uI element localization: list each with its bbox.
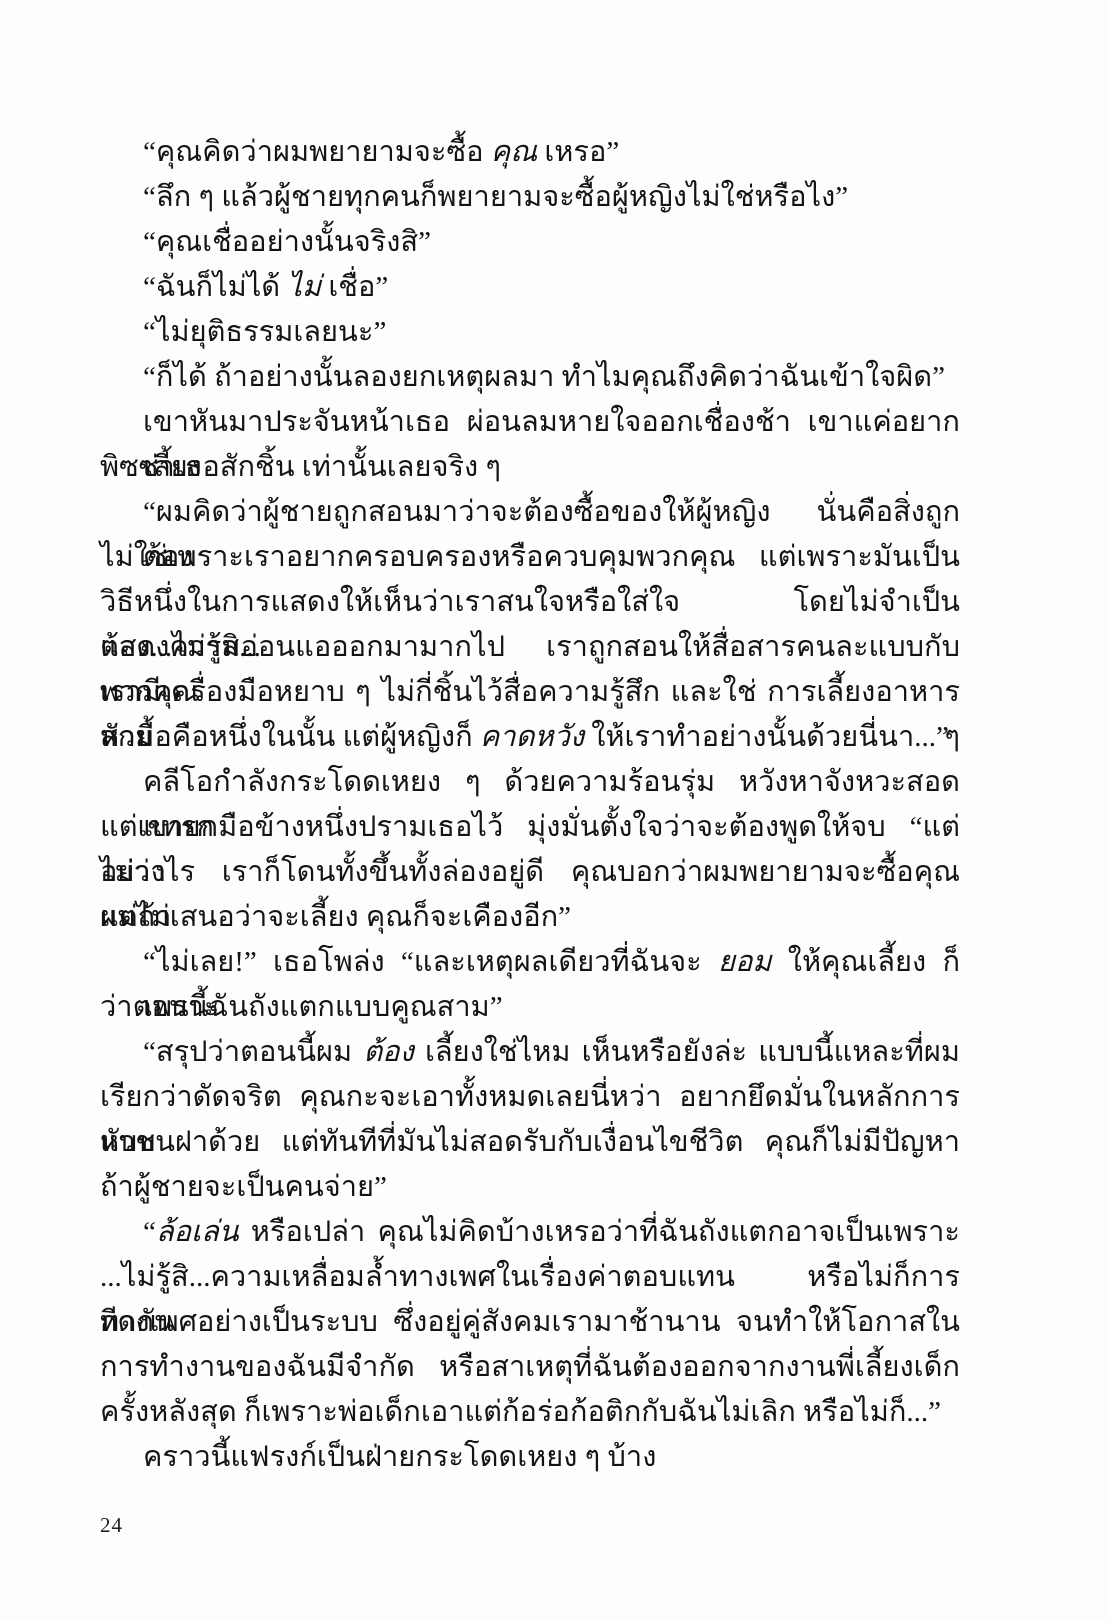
italic-text: คาดหวัง <box>480 721 584 753</box>
text-segment: คราวนี้แฟรงก์เป็นฝ่ายกระโดดเหยง ๆ บ้าง <box>143 1441 656 1473</box>
paragraph: “ผมคิดว่าผู้ชายถูกสอนมาว่าจะต้องซื้อของใ… <box>100 490 960 760</box>
text-segment: “ไม่ยุติธรรมเลยนะ” <box>143 316 386 348</box>
text-segment: “ก็ได้ ถ้าอย่างนั้นลองยกเหตุผลมา ทำไมคุณ… <box>143 361 945 393</box>
text-line: “ล้อเล่น หรือเปล่า คุณไม่คิดบ้างเหรอว่าท… <box>100 1210 960 1255</box>
text-line: คลีโอกำลังกระโดดเหยง ๆ ด้วยความร้อนรุ่ม … <box>100 760 960 805</box>
italic-text: ล้อเล่น <box>156 1216 239 1248</box>
text-line: อย่างไร เราก็โดนทั้งขึ้นทั้งล่องอยู่ดี ค… <box>100 850 960 895</box>
text-segment: เชื่อ” <box>321 271 388 303</box>
paragraph: “ล้อเล่น หรือเปล่า คุณไม่คิดบ้างเหรอว่าท… <box>100 1210 960 1435</box>
text-line: ถ้าผู้ชายจะเป็นคนจ่าย” <box>100 1165 960 1210</box>
paragraph: “สรุปว่าตอนนี้ผม ต้อง เลี้ยงใช่ไหม เห็นห… <box>100 1030 960 1210</box>
paragraph: “คุณคิดว่าผมพยายามจะซื้อ คุณ เหรอ” <box>100 130 960 175</box>
text-line: ครั้งหลังสุด ก็เพราะพ่อเด็กเอาแต่ก้อร่อก… <box>100 1390 960 1435</box>
text-line: “คุณเชื่ออย่างนั้นจริงสิ” <box>100 220 960 265</box>
text-line: “ผมคิดว่าผู้ชายถูกสอนมาว่าจะต้องซื้อของใ… <box>100 490 960 535</box>
text-line: “ฉันก็ไม่ได้ ไม่ เชื่อ” <box>100 265 960 310</box>
text-line: พิซซ่าเธอสักชิ้น เท่านั้นเลยจริง ๆ <box>100 445 960 490</box>
italic-text: ต้อง <box>363 1036 413 1068</box>
paragraph: เขาหันมาประจันหน้าเธอ ผ่อนลมหายใจออกเชื่… <box>100 400 960 490</box>
text-line: ทางเพศอย่างเป็นระบบ ซึ่งอยู่คู่สังคมเราม… <box>100 1300 960 1345</box>
italic-text: ไม่ <box>287 271 321 303</box>
paragraph: “ฉันก็ไม่ได้ ไม่ เชื่อ” <box>100 265 960 310</box>
text-line: “ก็ได้ ถ้าอย่างนั้นลองยกเหตุผลมา ทำไมคุณ… <box>100 355 960 400</box>
text-segment: ถ้าผู้ชายจะเป็นคนจ่าย” <box>100 1171 387 1203</box>
text-line: ว่าตอนนี้ฉันถังแตกแบบคูณสาม” <box>100 985 960 1030</box>
paragraph: คลีโอกำลังกระโดดเหยง ๆ ด้วยความร้อนรุ่ม … <box>100 760 960 940</box>
text-line: “ไม่เลย!” เธอโพล่ง “และเหตุผลเดียวที่ฉัน… <box>100 940 960 985</box>
text-segment: “สรุปว่าตอนนี้ผม <box>143 1036 363 1068</box>
page-text: “คุณคิดว่าผมพยายามจะซื้อ คุณ เหรอ”“ลึก ๆ… <box>100 130 960 1480</box>
text-segment: ครั้งหลังสุด ก็เพราะพ่อเด็กเอาแต่ก้อร่อก… <box>100 1396 941 1428</box>
text-segment: หรือเปล่า คุณไม่คิดบ้างเหรอว่าที่ฉันถังแ… <box>239 1216 960 1248</box>
text-line: วิธีหนึ่งในการแสดงให้เห็นว่าเราสนใจหรือใ… <box>100 580 960 625</box>
italic-text: คุณ <box>491 136 537 168</box>
book-page: “คุณคิดว่าผมพยายามจะซื้อ คุณ เหรอ”“ลึก ๆ… <box>0 0 1109 1621</box>
text-line: คราวนี้แฟรงก์เป็นฝ่ายกระโดดเหยง ๆ บ้าง <box>100 1435 960 1480</box>
text-line: “ไม่ยุติธรรมเลยนะ” <box>100 310 960 355</box>
text-line: “คุณคิดว่าผมพยายามจะซื้อ คุณ เหรอ” <box>100 130 960 175</box>
text-line: สักมื้อคือหนึ่งในนั้น แต่ผู้หญิงก็ คาดหว… <box>100 715 960 760</box>
paragraph: “ก็ได้ ถ้าอย่างนั้นลองยกเหตุผลมา ทำไมคุณ… <box>100 355 960 400</box>
text-line: การทำงานของฉันมีจำกัด หรือสาเหตุที่ฉันต้… <box>100 1345 960 1390</box>
text-segment: “ฉันก็ไม่ได้ <box>143 271 287 303</box>
text-segment: “คุณเชื่ออย่างนั้นจริงสิ” <box>143 226 431 258</box>
paragraph: “คุณเชื่ออย่างนั้นจริงสิ” <box>100 220 960 265</box>
text-line: แสดงความอ่อนแอออกมามากไป เราถูกสอนให้สื่… <box>100 625 960 670</box>
text-segment: เลี้ยงใช่ไหม เห็นหรือยังล่ะ แบบนี้แหละที… <box>414 1036 960 1068</box>
italic-text: ยอม <box>718 946 772 978</box>
text-segment: พิซซ่าเธอสักชิ้น เท่านั้นเลยจริง ๆ <box>100 451 501 483</box>
text-segment: “คุณคิดว่าผมพยายามจะซื้อ <box>143 136 491 168</box>
text-segment: ทางเพศอย่างเป็นระบบ ซึ่งอยู่คู่สังคมเราม… <box>100 1306 960 1338</box>
text-segment: ให้เราทำอย่างนั้นด้วยนี่นา...” <box>584 721 949 753</box>
text-line: เรียกว่าดัดจริต คุณกะจะเอาทั้งหมดเลยนี่ห… <box>100 1075 960 1120</box>
text-line: ผมไม่เสนอว่าจะเลี้ยง คุณก็จะเคืองอีก” <box>100 895 960 940</box>
text-line: เขาหันมาประจันหน้าเธอ ผ่อนลมหายใจออกเชื่… <box>100 400 960 445</box>
text-segment: ว่าตอนนี้ฉันถังแตกแบบคูณสาม” <box>100 991 503 1023</box>
paragraph: “ไม่เลย!” เธอโพล่ง “และเหตุผลเดียวที่ฉัน… <box>100 940 960 1030</box>
page-number: 24 <box>100 1512 123 1538</box>
text-segment: “ลึก ๆ แล้วผู้ชายทุกคนก็พยายามจะซื้อผู้ห… <box>143 181 848 213</box>
text-segment: สักมื้อคือหนึ่งในนั้น แต่ผู้หญิงก็ <box>100 721 480 753</box>
text-segment: ไม่ใช่เพราะเราอยากครอบครองหรือควบคุมพวกค… <box>100 541 960 573</box>
paragraph: “ไม่ยุติธรรมเลยนะ” <box>100 310 960 355</box>
text-line: ...ไม่รู้สิ...ความเหลื่อมล้ำทางเพศในเรื่… <box>100 1255 960 1300</box>
text-line: “ลึก ๆ แล้วผู้ชายทุกคนก็พยายามจะซื้อผู้ห… <box>100 175 960 220</box>
text-segment: เหรอ” <box>537 136 619 168</box>
text-line: แต่เขายกมือข้างหนึ่งปรามเธอไว้ มุ่งมั่นต… <box>100 805 960 850</box>
text-line: “สรุปว่าตอนนี้ผม ต้อง เลี้ยงใช่ไหม เห็นห… <box>100 1030 960 1075</box>
text-line: เรามีเครื่องมือหยาบ ๆ ไม่กี่ชิ้นไว้สื่อค… <box>100 670 960 715</box>
text-line: หัวชนฝาด้วย แต่ทันทีที่มันไม่สอดรับกับเง… <box>100 1120 960 1165</box>
text-segment: “ไม่เลย!” เธอโพล่ง “และเหตุผลเดียวที่ฉัน… <box>143 946 718 978</box>
text-segment: “ <box>143 1216 156 1248</box>
text-line: ไม่ใช่เพราะเราอยากครอบครองหรือควบคุมพวกค… <box>100 535 960 580</box>
paragraph: คราวนี้แฟรงก์เป็นฝ่ายกระโดดเหยง ๆ บ้าง <box>100 1435 960 1480</box>
text-segment: หัวชนฝาด้วย แต่ทันทีที่มันไม่สอดรับกับเง… <box>100 1126 960 1158</box>
paragraph: “ลึก ๆ แล้วผู้ชายทุกคนก็พยายามจะซื้อผู้ห… <box>100 175 960 220</box>
text-segment: การทำงานของฉันมีจำกัด หรือสาเหตุที่ฉันต้… <box>100 1351 960 1383</box>
text-segment: ผมไม่เสนอว่าจะเลี้ยง คุณก็จะเคืองอีก” <box>100 901 571 933</box>
